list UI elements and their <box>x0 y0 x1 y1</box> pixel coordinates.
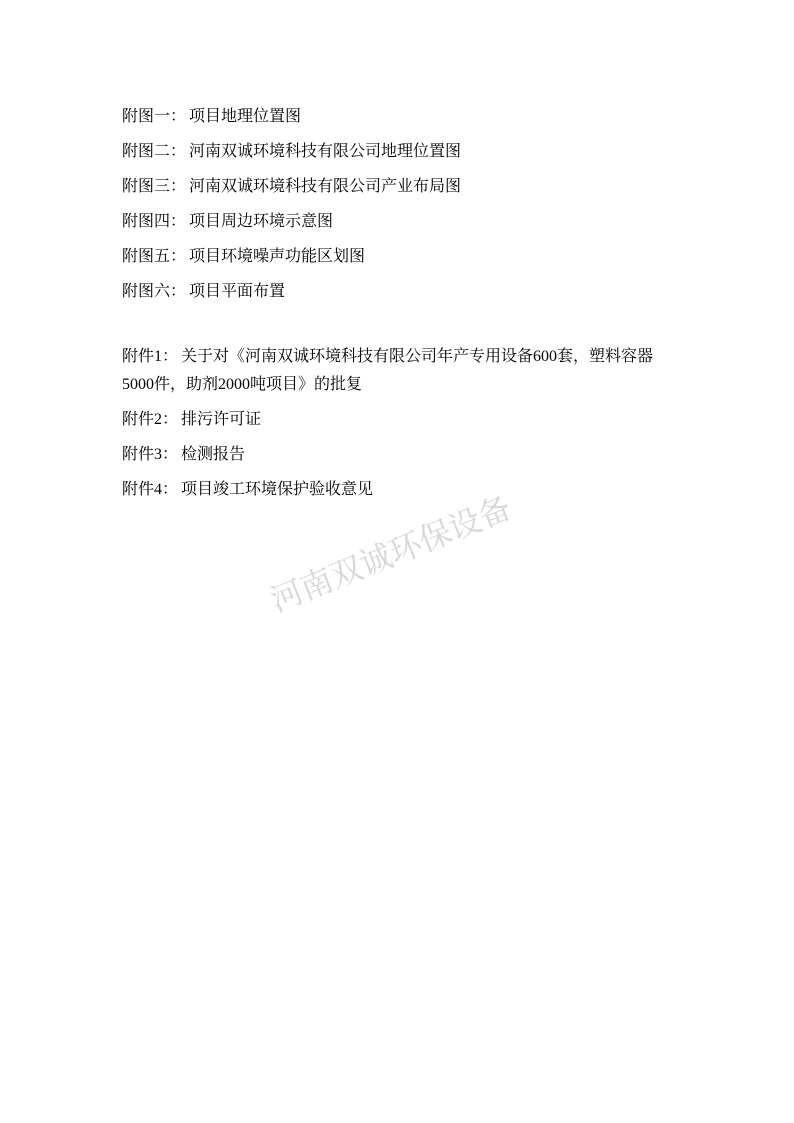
attachment-label: 附件3： <box>122 446 181 463</box>
section-gap <box>122 313 680 343</box>
figure-title: 项目地理位置图 <box>189 108 301 125</box>
figure-label: 附图三： <box>122 178 189 195</box>
attachment-label: 附件4： <box>122 481 181 498</box>
figure-label: 附图五： <box>122 248 189 265</box>
document-page: 附图一：项目地理位置图 附图二：河南双诚环境科技有限公司地理位置图 附图三：河南… <box>0 0 794 1123</box>
attachment-list-item: 附件3：检测报告 <box>122 441 680 469</box>
document-body: 附图一：项目地理位置图 附图二：河南双诚环境科技有限公司地理位置图 附图三：河南… <box>122 103 680 511</box>
figure-list-item: 附图六：项目平面布置 <box>122 278 680 306</box>
attachment-list-item: 附件1：关于对《河南双诚环境科技有限公司年产专用设备600套，塑料容器5000件… <box>122 343 680 399</box>
figure-title: 项目环境噪声功能区划图 <box>189 248 365 265</box>
figure-label: 附图四： <box>122 213 189 230</box>
figure-list-item: 附图三：河南双诚环境科技有限公司产业布局图 <box>122 173 680 201</box>
attachment-label: 附件1： <box>122 348 181 365</box>
figure-title: 项目平面布置 <box>189 283 285 300</box>
figure-title: 河南双诚环境科技有限公司地理位置图 <box>189 143 461 160</box>
figure-list-item: 附图二：河南双诚环境科技有限公司地理位置图 <box>122 138 680 166</box>
figure-label: 附图二： <box>122 143 189 160</box>
figure-list-item: 附图一：项目地理位置图 <box>122 103 680 131</box>
attachment-list-item: 附件2：排污许可证 <box>122 406 680 434</box>
attachment-title: 排污许可证 <box>181 411 261 428</box>
figure-list: 附图一：项目地理位置图 附图二：河南双诚环境科技有限公司地理位置图 附图三：河南… <box>122 103 680 306</box>
figure-title: 项目周边环境示意图 <box>189 213 333 230</box>
attachment-list-item: 附件4：项目竣工环境保护验收意见 <box>122 476 680 504</box>
attachment-label: 附件2： <box>122 411 181 428</box>
figure-list-item: 附图四：项目周边环境示意图 <box>122 208 680 236</box>
figure-label: 附图一： <box>122 108 189 125</box>
attachment-title: 关于对《河南双诚环境科技有限公司年产专用设备600套，塑料容器5000件，助剂2… <box>122 348 653 393</box>
figure-list-item: 附图五：项目环境噪声功能区划图 <box>122 243 680 271</box>
attachment-title: 检测报告 <box>181 446 245 463</box>
figure-title: 河南双诚环境科技有限公司产业布局图 <box>189 178 461 195</box>
attachment-list: 附件1：关于对《河南双诚环境科技有限公司年产专用设备600套，塑料容器5000件… <box>122 343 680 504</box>
figure-label: 附图六： <box>122 283 189 300</box>
attachment-title: 项目竣工环境保护验收意见 <box>181 481 373 498</box>
